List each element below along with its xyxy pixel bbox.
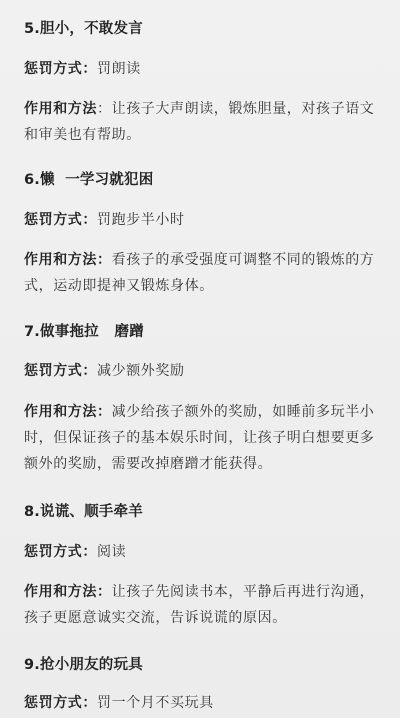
- penalty-line-7: 惩罚方式：减少额外奖励: [24, 358, 380, 384]
- method-label: 作用和方法: [24, 101, 97, 117]
- penalty-label: 惩罚方式：: [24, 695, 97, 711]
- method-label: 作用和方法：: [24, 252, 112, 268]
- penalty-line-5: 惩罚方式：罚朗读: [24, 56, 380, 82]
- penalty-label: 惩罚方式：: [24, 363, 97, 379]
- section-title-7: 7.做事拖拉 磨蹭: [24, 320, 144, 341]
- method-separator: ：: [97, 101, 112, 117]
- penalty-value: 罚跑步半小时: [97, 212, 185, 228]
- penalty-label: 惩罚方式：: [24, 61, 97, 77]
- penalty-label: 惩罚方式：: [24, 544, 97, 560]
- section-title-9: 9.抢小朋友的玩具: [24, 653, 143, 674]
- penalty-line-8: 惩罚方式：阅读: [24, 539, 380, 565]
- section-title-6: 6.懒 一学习就犯困: [24, 168, 153, 189]
- penalty-value: 减少额外奖励: [97, 363, 185, 379]
- penalty-value: 罚一个月不买玩具: [97, 695, 214, 711]
- section-title-8: 8.说谎、顺手牵羊: [24, 500, 143, 521]
- penalty-line-9: 惩罚方式：罚一个月不买玩具: [24, 690, 380, 716]
- method-paragraph-5: 作用和方法：让孩子大声朗读，锻炼胆量，对孩子语文和审美也有帮助。: [24, 96, 380, 148]
- penalty-value: 阅读: [97, 544, 126, 560]
- method-paragraph-7: 作用和方法：减少给孩子额外的奖励，如睡前多玩半小时，但保证孩子的基本娱乐时间，让…: [24, 399, 380, 477]
- method-paragraph-6: 作用和方法：看孩子的承受强度可调整不同的锻炼的方式，运动即提神又锻炼身体。: [24, 247, 380, 299]
- section-title-5: 5.胆小，不敢发言: [24, 17, 143, 38]
- penalty-value: 罚朗读: [97, 61, 141, 77]
- document-page: 5.胆小，不敢发言 惩罚方式：罚朗读 作用和方法：让孩子大声朗读，锻炼胆量，对孩…: [0, 0, 400, 718]
- method-paragraph-8: 作用和方法：让孩子先阅读书本，平静后再进行沟通，孩子更愿意诚实交流，告诉说谎的原…: [24, 579, 380, 631]
- penalty-line-6: 惩罚方式：罚跑步半小时: [24, 207, 380, 233]
- method-label: 作用和方法：: [24, 584, 112, 600]
- penalty-label: 惩罚方式：: [24, 212, 97, 228]
- method-label: 作用和方法：: [24, 404, 112, 420]
